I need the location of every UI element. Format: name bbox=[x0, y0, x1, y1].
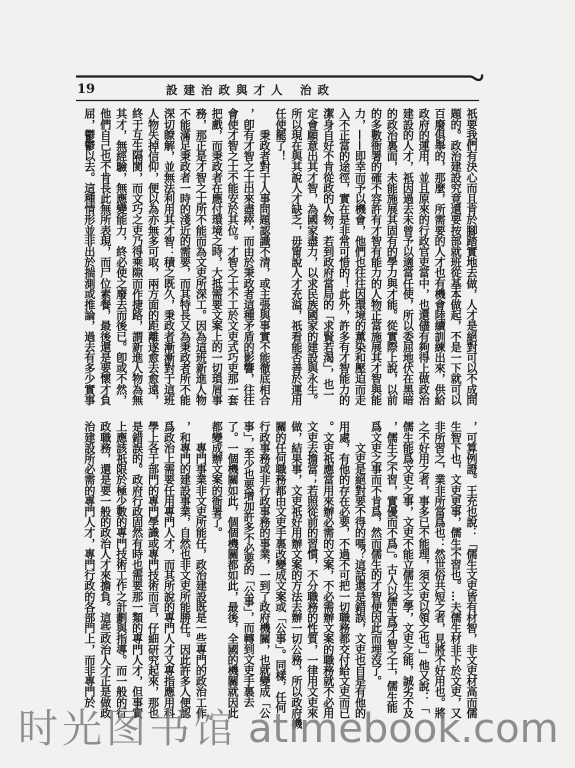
text-column: 治建設所必需的專門人才，專門行政的各部門上，而非專門於 bbox=[81, 421, 97, 721]
text-column: 秉政者對于人事問題認識不清，或主張與事實不能徹底相合 bbox=[256, 108, 272, 408]
running-head-section: 政治 bbox=[300, 83, 335, 97]
running-head-title: 人才與政治建設 bbox=[166, 83, 289, 97]
text-column: 學上各于部門的專門學識或專門技術而言，仔細研究起來，那也 bbox=[145, 421, 161, 721]
text-column: ，卽有才智之士出來盡瘁，而由於秉政者這種矛盾的影響，往往 bbox=[240, 108, 256, 408]
text-column: 。文吏祇應當用來辦必需的文案，不必需辦文案的職務就不必用 bbox=[320, 421, 336, 721]
text-column: 生智下也，文吏更事，儒生不習也。…夫儒生材非下於文吏，又 bbox=[447, 421, 463, 721]
text-column: 終于互生隔閡，而文巧之吏乃得乘隙而作捷路，謂新進人物為無 bbox=[129, 108, 145, 408]
text-column: 建設的人才，祇因過去未曾予以適當任使，所以委屈地伏在黑暗 bbox=[399, 108, 415, 408]
text-column: 深切瞭解，並無法利用其才智：積之既久，秉政者漸漸對于這班 bbox=[161, 108, 177, 408]
page-number: 19 bbox=[77, 83, 95, 97]
text-column: 題的。政治建設究竟還要按部就班從基本做起，不是一下就可以 bbox=[447, 108, 463, 408]
header-rule-top bbox=[76, 75, 482, 81]
text-column: 都變成辦文案的衙署了。 bbox=[208, 421, 224, 721]
text-column: 文吏是絕對要不得的嗎？這話還是錯誤，文吏也自是有他的 bbox=[352, 421, 368, 721]
text-column: 是錯誤的。政府行政固然有時也需要那一類的專門人才，但事實 bbox=[129, 421, 145, 721]
watermark-cjk-text: 时光图书馆 bbox=[18, 706, 238, 752]
text-column: 的政治裏面，未能施展其固有的學力與才能。從實際上說，以前 bbox=[383, 108, 399, 408]
text-column: 文吏去擔當；若照從前的習慣，不分職務的性質，一律用文吏來 bbox=[304, 421, 320, 721]
text-column: 爲文吏之事而不肯爲，然而儒生的才智便因此而埋沒了。 bbox=[368, 421, 384, 721]
text-column: 行政事務或非行政事務的事業，一到了政府機關，也就變成「公 bbox=[256, 421, 272, 721]
text-column: 定會願意出其才智，為國家盡力，以求民族國家的建設與永生。 bbox=[304, 108, 320, 408]
lower-text-tier: ，可算例證。王充也說：「儒生文吏皆有材智，非文吏材高而儒 生智下也，文吏更事，儒… bbox=[81, 421, 479, 721]
text-column: 做，結果事，文吏祇好用辦文案的方法去辦一切公務，所以政府機 bbox=[288, 421, 304, 721]
text-column: 人物失掉信仰，便以為亦無多可取，兩方面的距離遂愈去愈遠， bbox=[145, 108, 161, 408]
text-column: 非所習之，業非所當爲也：然世俗共短之者，見將不好用也。將 bbox=[431, 421, 447, 721]
text-column: 政府的運用，並且原來的行政官吏當中，也還儘有夠得上做政治 bbox=[415, 108, 431, 408]
text-column: 爲政治上需要任用專門人才，而其所說的專門人才又專指應用科 bbox=[161, 421, 177, 721]
text-column: ，儒生之不習，實優而不爲」。古人以儒生爲才智之士，儒生能 bbox=[383, 421, 399, 721]
text-column: ，和專門的建設事業，自然也非文吏所能勝任。因此許多人便認 bbox=[176, 421, 192, 721]
text-column: 所以現在與其說人才缺乏，毋甯說人才充溢，祇看能否善於運用 bbox=[288, 108, 304, 408]
text-column: 會使才智之士不能安於其位。才智之士不工於文吏式巧吏那一套 bbox=[224, 108, 240, 408]
text-column: 專門事業非文吏所能任，政治建設既是一些專門的政治工作 bbox=[192, 421, 208, 721]
text-column: 他們自己也不肯長此無所表現，而尸位素餐，最後還是要懷才負 bbox=[97, 108, 113, 408]
text-column: 的多數衙署的確不容許有才智有能力的人物正當施展其才智與能 bbox=[368, 108, 384, 408]
text-column: 了。一個機關如此，個個機關都如此，最後，全國的機關就因此 bbox=[224, 421, 240, 721]
watermark: 时光图书馆atimebook.com bbox=[18, 706, 568, 752]
text-column: 務，那正是才智之士所不能而為文吏所深工。因為這班新進人物 bbox=[192, 108, 208, 408]
text-column: 用處，有他的存在必要，不過不可把一切職務都交付給文吏而已 bbox=[336, 421, 352, 721]
text-column: 百廢俱舉的，那麼，所需要的人才也有機會陸續訓練出來，供給 bbox=[431, 108, 447, 408]
text-column: 事」，至少也要增加許多不必要的「公事」，而轉到文吏手裏去 bbox=[240, 421, 256, 721]
text-column: 之不好用之者，事多已不能理，須文吏以領之也。」他又說：「 bbox=[415, 421, 431, 721]
text-column: 把戲，而秉政者在應付環境之時，大抵需要文案上的一切瑣屑事 bbox=[208, 108, 224, 408]
text-column: 力，——即幸而予以機會，他們也往往因環境的薰染和壓迫而走 bbox=[352, 108, 368, 408]
text-column: 關的任何職務都由文吏手裏改變成文案或「公事」。同樣，任何 bbox=[272, 421, 288, 721]
text-column: 上應該祇限於極少數的專門技術工作之計劃與指導。而一般的行 bbox=[113, 421, 129, 721]
text-column: 祇要我們有決心而且肯於腳踏實地去做，人才是絕對可以不成問 bbox=[463, 108, 479, 408]
text-column: 屈，鬱鬱以去。這種情形並非出於揣測或推論，過去有多少實事 bbox=[81, 108, 97, 408]
text-column: ，可算例證。王充也說：「儒生文吏皆有材智，非文吏材高而儒 bbox=[463, 421, 479, 721]
text-column: 任使罷了！ bbox=[272, 108, 288, 408]
text-column: 入不正當的途徑，實在是非常可惜的！此外，許多有才智能力的 bbox=[336, 108, 352, 408]
text-column: 政職務，還是要一般的政治人才來擔負。這些政治人才正是做政 bbox=[97, 421, 113, 721]
upper-text-tier: 祇要我們有決心而且肯於腳踏實地去做，人才是絕對可以不成問 題的。政治建設究竟還要… bbox=[81, 108, 479, 408]
text-column: 潔身自好不肯從政的人物，若到政府當局的「求賢若渴」，也一 bbox=[320, 108, 336, 408]
watermark-url-text: atimebook.com bbox=[248, 706, 559, 752]
text-column: 儒生能爲文吏之事，文吏不能立儒生之學，文吏之能，誠劣不及 bbox=[399, 421, 415, 721]
text-column: 不能滿足秉政者一時的淺近的需要，而其特長又為秉政者所不能 bbox=[176, 108, 192, 408]
text-column: 其才，無經驗，無應變能力，終必使之廢去而後已。卽或不然， bbox=[113, 108, 129, 408]
